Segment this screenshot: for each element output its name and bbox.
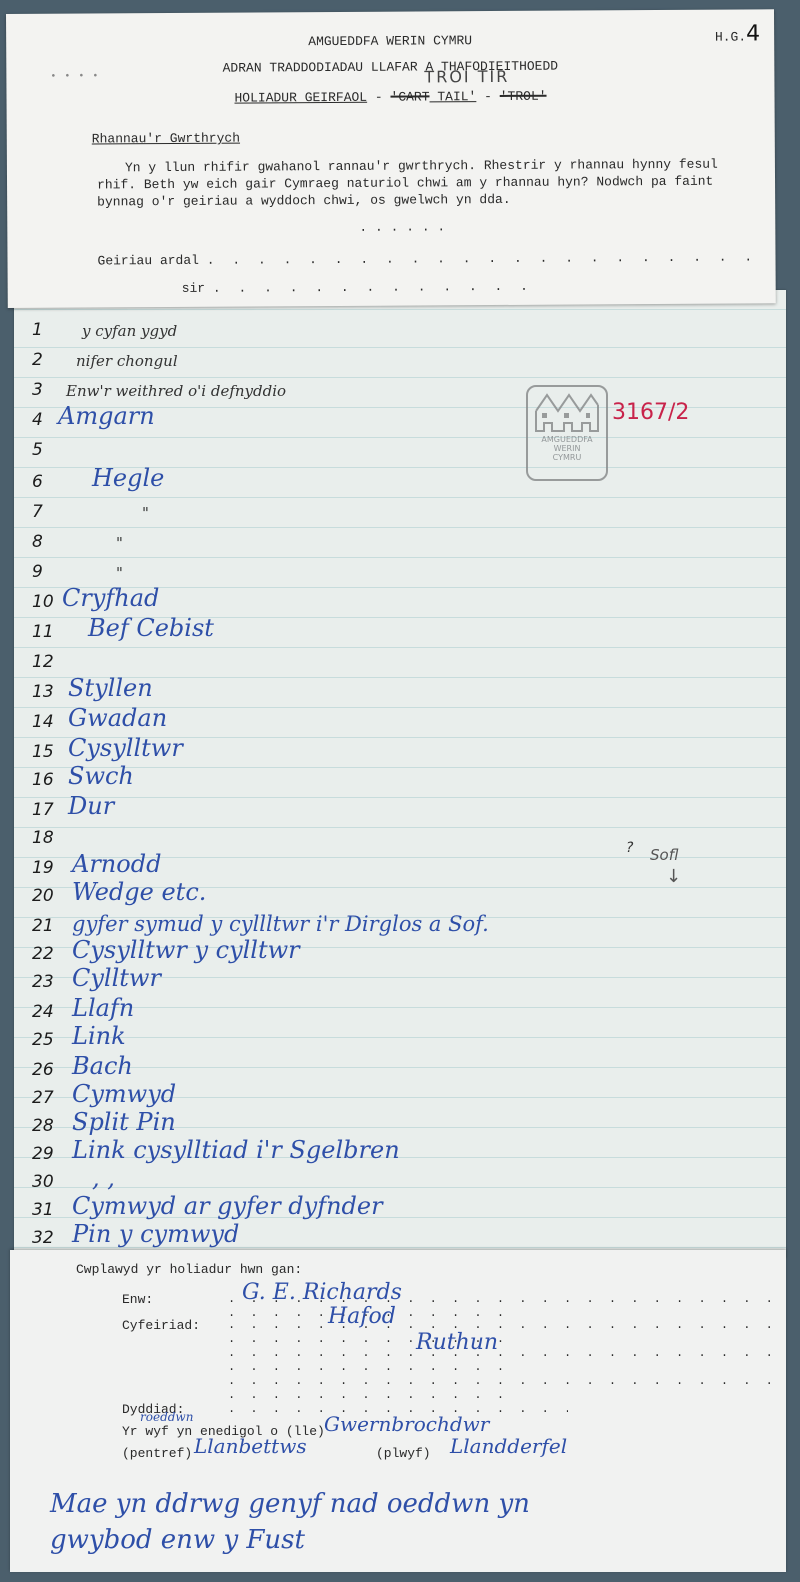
answer-number: 11 xyxy=(32,622,66,642)
closing-note-line: Mae yn ddrwg genyf nad oeddwn yn xyxy=(50,1486,530,1522)
answer-row: 18 xyxy=(32,818,66,848)
answer-number: 31 xyxy=(32,1200,72,1220)
stamp-text-line3: CYMRU xyxy=(528,453,606,462)
answer-text: Amgarn xyxy=(58,402,155,430)
answer-row: 20Wedge etc. xyxy=(32,876,206,906)
address-dots: . . . . . . . . . . . . . . . . . . . . … xyxy=(228,1318,786,1346)
parish-label: (plwyf) xyxy=(376,1446,431,1461)
answer-text: Swch xyxy=(68,762,134,790)
answer-row: 25Link xyxy=(32,1020,126,1050)
arrow-down-icon: ↓ xyxy=(666,866,681,887)
answer-row: 28Split Pin xyxy=(32,1106,176,1136)
answer-text: Arnodd xyxy=(72,850,161,878)
answer-row: 5 xyxy=(32,430,66,460)
stamp-text-line2: WERIN xyxy=(528,444,606,453)
answer-number: 21 xyxy=(32,916,72,936)
answer-row: 24Llafn xyxy=(32,992,134,1022)
answer-row: 7" xyxy=(32,492,149,522)
section-heading: Rhannau'r Gwrthrych xyxy=(92,131,240,147)
instructions-line: bynnag o'r geiriau a wyddoch chwi, os gw… xyxy=(97,189,767,210)
county-dots: . . . . . . . . . . . . . xyxy=(213,279,533,296)
answer-row: 17Dur xyxy=(32,790,114,820)
address-dots-3: . . . . . . . . . . . . . . . . . . . . … xyxy=(228,1374,786,1402)
questionnaire-title-main: HOLIADUR GEIRFAOL xyxy=(234,90,367,106)
answer-number: 3 xyxy=(32,380,66,400)
answer-row: 12 xyxy=(32,642,66,672)
answer-row: 6Hegle xyxy=(32,462,164,492)
answer-row: 10Cryfhad xyxy=(32,582,159,612)
answer-number: 23 xyxy=(32,972,72,992)
answer-row: 3Enw'r weithred o'i defnyddio xyxy=(32,370,286,400)
department-name: ADRAN TRADDODIADAU LLAFAR A THAFODIEITHO… xyxy=(6,57,774,77)
questionnaire-header-sheet: H.G.4 AMGUEDDFA WERIN CYMRU ADRAN TRADDO… xyxy=(6,9,776,308)
separator-dots: . . . . . . xyxy=(37,216,767,237)
answer-row: 22Cysylltwr y cylltwr xyxy=(32,934,300,964)
address-line2[interactable]: Ruthun xyxy=(416,1330,498,1355)
area-words-label: Geiriau ardal xyxy=(97,253,199,269)
county-field[interactable]: sir . . . . . . . . . . . . . xyxy=(182,279,533,296)
questionnaire-title: HOLIADUR GEIRFAOL - 'CART TAIL' - 'TROL' xyxy=(6,87,774,107)
answer-row: 15Cysylltwr xyxy=(32,732,183,762)
area-words-field[interactable]: Geiriau ardal . . . . . . . . . . . . . … xyxy=(97,249,757,268)
answer-number: 27 xyxy=(32,1088,72,1108)
answer-number: 17 xyxy=(32,800,68,820)
answer-text: Cylltwr xyxy=(72,964,161,992)
answer-text: Cryfhad xyxy=(62,584,159,612)
answer-number: 8 xyxy=(32,532,66,552)
answer-row: 29Link cysylltiad i'r Sgelbren xyxy=(32,1134,400,1164)
closing-note-line: gwybod enw y Fust xyxy=(50,1522,530,1558)
answer-row: 26Bach xyxy=(32,1050,133,1080)
answer-number: 10 xyxy=(32,592,62,612)
answer-text: Link xyxy=(72,1022,126,1050)
answer-row: 11Bef Cebist xyxy=(32,612,214,642)
answer-text: Cysylltwr xyxy=(68,734,183,762)
instructions: Yn y llun rhifir gwahanol rannau'r gwrth… xyxy=(97,155,767,237)
answer-number: 16 xyxy=(32,770,68,790)
answer-number: 24 xyxy=(32,1002,72,1022)
answer-number: 7 xyxy=(32,502,66,522)
answer-number: 20 xyxy=(32,886,72,906)
answer-row: 1y cyfan ygyd xyxy=(32,310,177,340)
answer-number: 18 xyxy=(32,828,66,848)
answer-text: y cyfan ygyd xyxy=(66,322,177,340)
struck-word-cart: 'CART xyxy=(390,89,429,104)
answer-number: 1 xyxy=(32,320,66,340)
answer-text: Cysylltwr y cylltwr xyxy=(72,936,300,964)
handwritten-title-correction: TROI TIR xyxy=(424,67,509,87)
answer-number: 4 xyxy=(32,410,58,430)
answer-number: 9 xyxy=(32,562,66,582)
answer-row: 9" xyxy=(32,552,123,582)
answer-row: 13Styllen xyxy=(32,672,153,702)
address-line1[interactable]: Hafod xyxy=(328,1304,396,1329)
village-value[interactable]: Llanbettws xyxy=(194,1434,307,1458)
answer-text: Pin y cymwyd xyxy=(72,1220,239,1248)
answer-number: 14 xyxy=(32,712,68,732)
answer-row: 4Amgarn xyxy=(32,400,155,430)
address-label: Cyfeiriad: xyxy=(122,1318,200,1333)
answer-text: , , xyxy=(72,1164,115,1192)
answer-row: 31Cymwyd ar gyfer dyfnder xyxy=(32,1190,383,1220)
answer-number: 25 xyxy=(32,1030,72,1050)
answer-number: 29 xyxy=(32,1144,72,1164)
museum-stamp: AMGUEDDFA WERIN CYMRU xyxy=(526,385,608,481)
title-word-tail: TAIL' xyxy=(429,89,476,104)
answer-row: 8" xyxy=(32,522,123,552)
answer-number: 15 xyxy=(32,742,68,762)
sofl-annotation: Sofl xyxy=(650,846,678,864)
answer-row: 14Gwadan xyxy=(32,702,167,732)
answer-row: 19Arnodd xyxy=(32,848,161,878)
question-mark-annotation: ? xyxy=(626,840,633,856)
answer-row: 27Cymwyd xyxy=(32,1078,176,1108)
answer-row: 2nifer chongul xyxy=(32,340,178,370)
completion-heading: Cwplawyd yr holiadur hwn gan: xyxy=(76,1262,302,1277)
binder-holes: • • • • xyxy=(50,71,99,82)
answer-text: Bef Cebist xyxy=(66,614,214,642)
completion-sheet: Cwplawyd yr holiadur hwn gan: Enw: . . .… xyxy=(10,1250,786,1572)
title-separator: - xyxy=(367,90,390,105)
cottage-row-icon xyxy=(534,391,600,435)
area-words-dots: . . . . . . . . . . . . . . . . . . . . … xyxy=(207,249,758,267)
answer-text: nifer chongul xyxy=(66,352,178,370)
struck-word-trol: 'TROL' xyxy=(500,89,547,104)
answer-row: 32Pin y cymwyd xyxy=(32,1218,239,1248)
answer-number: 6 xyxy=(32,472,66,492)
answer-number: 5 xyxy=(32,440,66,460)
answer-number: 32 xyxy=(32,1228,72,1248)
answer-row: 21gyfer symud y cyllltwr i'r Dirglos a S… xyxy=(32,906,489,936)
answer-text: Cymwyd xyxy=(72,1080,176,1108)
answer-row: 16Swch xyxy=(32,760,134,790)
born-value[interactable]: Gwernbrochdwr xyxy=(324,1412,489,1436)
county-label: sir xyxy=(182,281,205,296)
catalogue-number: 3167/2 xyxy=(612,400,689,425)
answer-text: Cymwyd ar gyfer dyfnder xyxy=(72,1192,383,1220)
answer-text: Llafn xyxy=(72,994,134,1022)
answer-text: " xyxy=(66,564,123,582)
parish-value[interactable]: Llandderfel xyxy=(450,1434,567,1458)
address-dots-2: . . . . . . . . . . . . . . . . . . . . … xyxy=(228,1346,786,1374)
answer-number: 12 xyxy=(32,652,66,672)
answer-number: 28 xyxy=(32,1116,72,1136)
answer-text: Wedge etc. xyxy=(72,878,206,906)
answer-text: Dur xyxy=(68,792,114,820)
answer-row: 30, , xyxy=(32,1162,115,1192)
answer-number: 26 xyxy=(32,1060,72,1080)
institution-name: AMGUEDDFA WERIN CYMRU xyxy=(6,31,774,51)
answer-text: Link cysylltiad i'r Sgelbren xyxy=(72,1136,400,1164)
name-value[interactable]: G. E. Richards xyxy=(242,1280,402,1305)
answer-text: Bach xyxy=(72,1052,133,1080)
answer-text: Gwadan xyxy=(68,704,167,732)
answer-number: 13 xyxy=(32,682,68,702)
answer-text: " xyxy=(66,534,123,552)
answer-row: 23Cylltwr xyxy=(32,962,161,992)
title-separator: - xyxy=(476,89,499,104)
answer-text: " xyxy=(66,504,149,522)
answer-text: Hegle xyxy=(66,464,164,492)
answer-number: 2 xyxy=(32,350,66,370)
answer-text: Enw'r weithred o'i defnyddio xyxy=(66,382,286,400)
closing-note: Mae yn ddrwg genyf nad oeddwn yn gwybod … xyxy=(50,1486,530,1558)
name-label: Enw: xyxy=(122,1292,153,1307)
village-label: (pentref) xyxy=(122,1446,192,1461)
answer-text: Split Pin xyxy=(72,1108,176,1136)
answer-text: gyfer symud y cyllltwr i'r Dirglos a Sof… xyxy=(72,912,489,936)
answer-number: 22 xyxy=(32,944,72,964)
answer-number: 30 xyxy=(32,1172,72,1192)
born-correction: roeddwn xyxy=(140,1410,193,1424)
answer-number: 19 xyxy=(32,858,72,878)
stamp-text-line1: AMGUEDDFA xyxy=(528,435,606,444)
answer-text: Styllen xyxy=(68,674,153,702)
